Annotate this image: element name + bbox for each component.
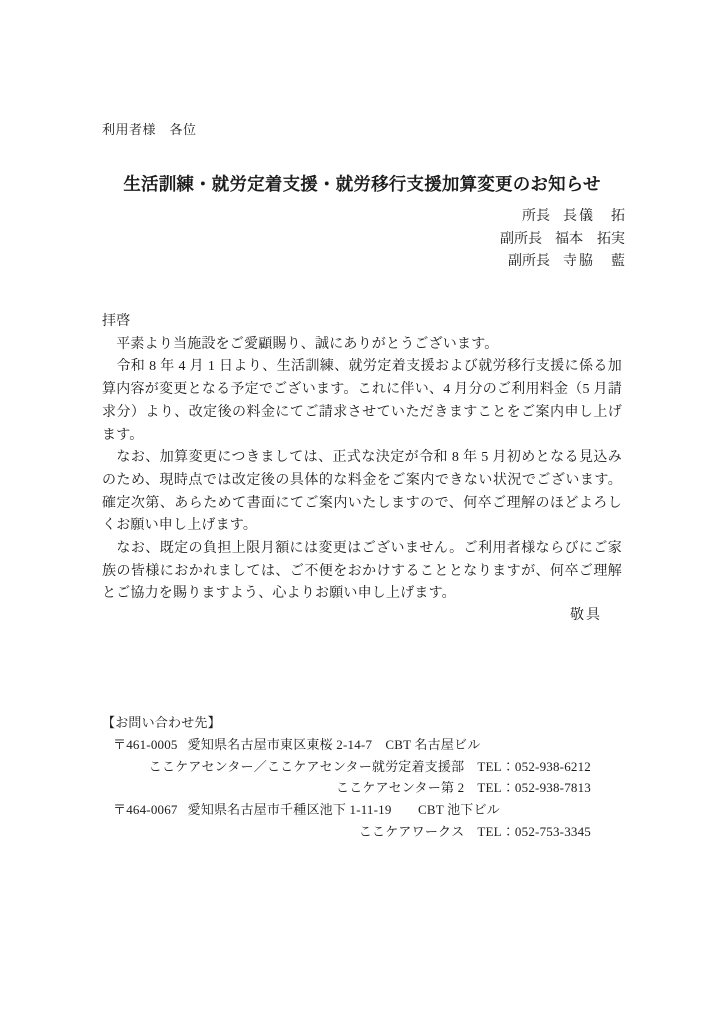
address-text: 愛知県名古屋市東区東桜 2-14-7 CBT 名古屋ビル [188, 734, 481, 756]
signatory-row: 所長 長儀 拓 [500, 206, 625, 229]
signatory-role: 副所長 [500, 229, 542, 252]
signatory-name: 福本 拓実 [555, 229, 625, 252]
contact-section: 【お問い合わせ先】 〒461-0005 愛知県名古屋市東区東桜 2-14-7 C… [102, 712, 591, 843]
body-paragraph: なお、既定の負担上限月額には変更はございません。ご利用者様ならびにご家族の皆様に… [102, 538, 622, 606]
letter-body: 拝啓 平素より当施設をご愛顧賜り、誠にありがとうございます。 令和 8 年 4 … [102, 311, 622, 606]
office-name: ここケアワークス [359, 821, 464, 843]
body-paragraph: 令和 8 年 4 月 1 日より、生活訓練、就労定着支援および就労移行支援に係る… [102, 356, 622, 447]
signatory-block: 所長 長儀 拓 副所長 福本 拓実 副所長 寺脇 藍 [500, 206, 625, 274]
contact-tel-line: ここケアセンター／ここケアセンター就労定着支援部 TEL：052-938-621… [102, 756, 591, 778]
recipient-line: 利用者様 各位 [102, 121, 197, 139]
signatory-role: 所長 [522, 206, 550, 229]
salutation: 拝啓 [102, 311, 622, 334]
contact-heading: 【お問い合わせ先】 [102, 712, 591, 734]
contact-address-line: 〒461-0005 愛知県名古屋市東区東桜 2-14-7 CBT 名古屋ビル [102, 734, 591, 756]
signatory-row: 副所長 福本 拓実 [500, 229, 625, 252]
phone-number: TEL：052-938-6212 [477, 756, 591, 778]
office-name: ここケアセンター／ここケアセンター就労定着支援部 [149, 756, 465, 778]
address-text: 愛知県名古屋市千種区池下 1-11-19 CBT 池下ビル [188, 799, 500, 821]
phone-number: TEL：052-938-7813 [477, 777, 591, 799]
letter-page: 利用者様 各位 生活訓練・就労定着支援・就労移行支援加算変更のお知らせ 所長 長… [0, 0, 724, 1024]
contact-tel-line: ここケアセンター第 2 TEL：052-938-7813 [102, 777, 591, 799]
signatory-row: 副所長 寺脇 藍 [500, 251, 625, 274]
signatory-name: 寺脇 藍 [563, 251, 625, 274]
document-title: 生活訓練・就労定着支援・就労移行支援加算変更のお知らせ [102, 171, 622, 197]
postal-code: 〒461-0005 [113, 734, 178, 756]
office-name: ここケアセンター第 2 [336, 777, 464, 799]
phone-number: TEL：052-753-3345 [477, 821, 591, 843]
closing-word: 敬具 [570, 604, 602, 624]
signatory-name: 長儀 拓 [563, 206, 625, 229]
contact-tel-line: ここケアワークス TEL：052-753-3345 [102, 821, 591, 843]
signatory-role: 副所長 [508, 251, 550, 274]
postal-code: 〒464-0067 [113, 799, 178, 821]
body-paragraph: なお、加算変更につきましては、正式な決定が令和 8 年 5 月初めとなる見込みの… [102, 447, 622, 538]
body-paragraph: 平素より当施設をご愛顧賜り、誠にありがとうございます。 [102, 334, 622, 357]
contact-address-line: 〒464-0067 愛知県名古屋市千種区池下 1-11-19 CBT 池下ビル [102, 799, 591, 821]
